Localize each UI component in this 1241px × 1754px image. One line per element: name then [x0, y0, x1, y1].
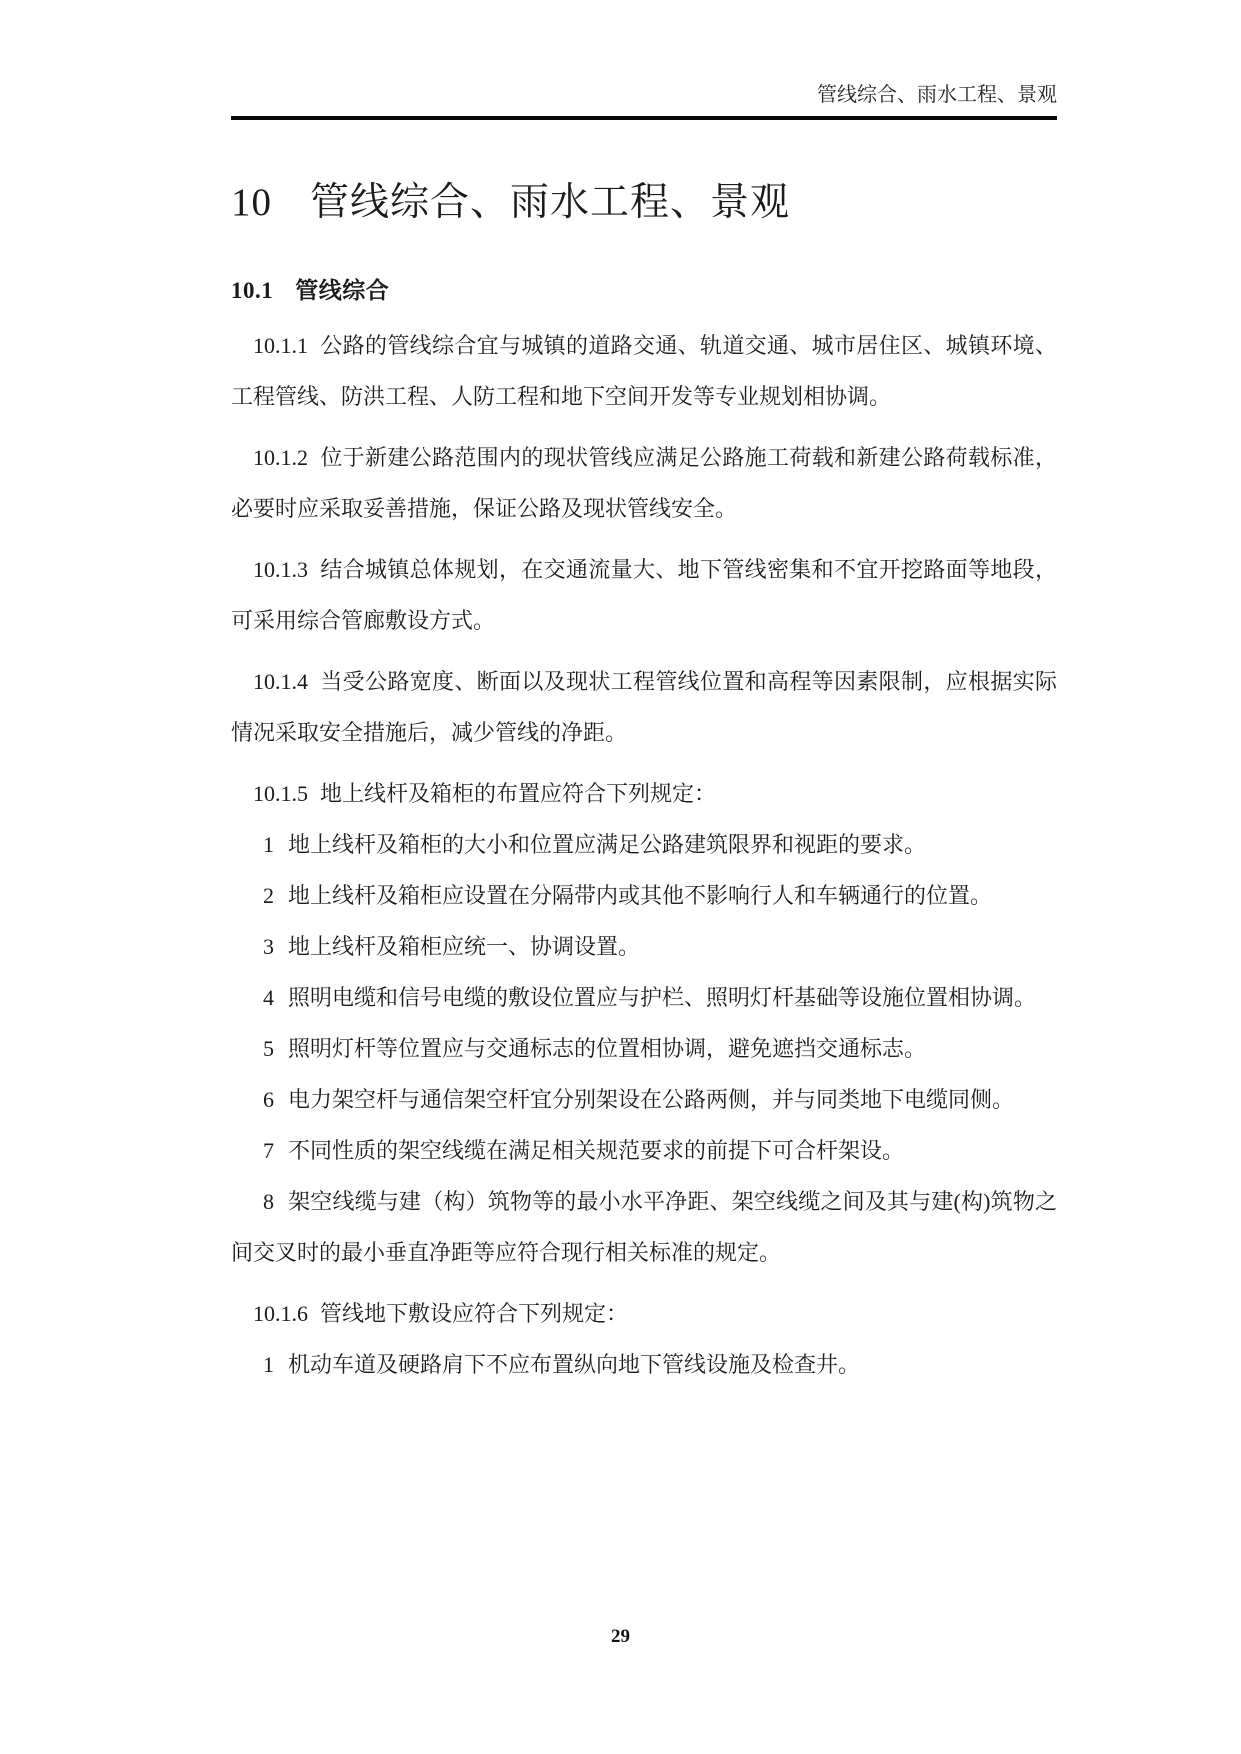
clause-10-1-5-item-1: 1地上线杆及箱柜的大小和位置应满足公路建筑限界和视距的要求。: [231, 819, 1057, 870]
item-text: 电力架空杆与通信架空杆宜分别架设在公路两侧，并与同类地下电缆同侧。: [288, 1087, 1014, 1112]
clause-text: 公路的管线综合宜与城镇的道路交通、轨道交通、城市居住区、城镇环境、工程管线、防洪…: [231, 333, 1057, 409]
clause-10-1-5-item-7: 7不同性质的架空线缆在满足相关规范要求的前提下可合杆架设。: [231, 1125, 1057, 1176]
item-number: 2: [263, 883, 274, 908]
page-number: 29: [611, 1626, 630, 1647]
item-text: 照明电缆和信号电缆的敷设位置应与护栏、照明灯杆基础等设施位置相协调。: [288, 985, 1036, 1010]
clause-number: 10.1.3: [253, 557, 308, 582]
clause-text: 管线地下敷设应符合下列规定：: [320, 1301, 628, 1326]
item-number: 3: [263, 934, 274, 959]
clause-text: 地上线杆及箱柜的布置应符合下列规定：: [320, 781, 716, 806]
item-number: 8: [263, 1189, 274, 1214]
chapter-number: 10: [231, 181, 272, 224]
section-number: 10.1: [231, 278, 273, 303]
page-footer: 29: [0, 1626, 1241, 1648]
clause-10-1-5: 10.1.5地上线杆及箱柜的布置应符合下列规定：: [231, 768, 1057, 819]
clause-10-1-4: 10.1.4当受公路宽度、断面以及现状工程管线位置和高程等因素限制，应根据实际情…: [231, 656, 1057, 758]
running-title: 管线综合、雨水工程、景观: [817, 84, 1057, 106]
clause-10-1-5-item-5: 5照明灯杆等位置应与交通标志的位置相协调，避免遮挡交通标志。: [231, 1023, 1057, 1074]
clause-10-1-5-item-8: 8架空线缆与建（构）筑物等的最小水平净距、架空线缆之间及其与建(构)筑物之间交叉…: [231, 1176, 1057, 1278]
clause-number: 10.1.4: [253, 669, 308, 694]
clause-10-1-5-item-6: 6电力架空杆与通信架空杆宜分别架设在公路两侧，并与同类地下电缆同侧。: [231, 1074, 1057, 1125]
item-number: 5: [263, 1036, 274, 1061]
clause-text: 结合城镇总体规划，在交通流量大、地下管线密集和不宜开挖路面等地段，可采用综合管廊…: [231, 557, 1057, 633]
chapter-title: 10管线综合、雨水工程、景观: [231, 180, 1057, 226]
item-text: 照明灯杆等位置应与交通标志的位置相协调，避免遮挡交通标志。: [288, 1036, 926, 1061]
clause-text: 当受公路宽度、断面以及现状工程管线位置和高程等因素限制，应根据实际情况采取安全措…: [231, 669, 1057, 745]
clause-10-1-5-item-4: 4照明电缆和信号电缆的敷设位置应与护栏、照明灯杆基础等设施位置相协调。: [231, 972, 1057, 1023]
clause-number: 10.1.6: [253, 1301, 308, 1326]
clause-10-1-2: 10.1.2位于新建公路范围内的现状管线应满足公路施工荷载和新建公路荷载标准，必…: [231, 432, 1057, 534]
item-number: 1: [263, 832, 274, 857]
clause-number: 10.1.1: [253, 333, 308, 358]
item-text: 不同性质的架空线缆在满足相关规范要求的前提下可合杆架设。: [288, 1138, 904, 1163]
clause-number: 10.1.5: [253, 781, 308, 806]
item-number: 7: [263, 1138, 274, 1163]
clause-number: 10.1.2: [253, 445, 308, 470]
clause-10-1-3: 10.1.3结合城镇总体规划，在交通流量大、地下管线密集和不宜开挖路面等地段，可…: [231, 544, 1057, 646]
clause-10-1-6-item-1: 1机动车道及硬路肩下不应布置纵向地下管线设施及检查井。: [231, 1339, 1057, 1390]
clause-10-1-6: 10.1.6管线地下敷设应符合下列规定：: [231, 1288, 1057, 1339]
clause-text: 位于新建公路范围内的现状管线应满足公路施工荷载和新建公路荷载标准，必要时应采取妥…: [231, 445, 1057, 521]
page-running-header: 管线综合、雨水工程、景观: [231, 0, 1057, 108]
item-text: 地上线杆及箱柜应统一、协调设置。: [288, 934, 640, 959]
item-text: 地上线杆及箱柜的大小和位置应满足公路建筑限界和视距的要求。: [288, 832, 926, 857]
section-heading: 10.1管线综合: [231, 278, 1057, 304]
clause-10-1-1: 10.1.1公路的管线综合宜与城镇的道路交通、轨道交通、城市居住区、城镇环境、工…: [231, 320, 1057, 422]
content-column: 管线综合、雨水工程、景观 10管线综合、雨水工程、景观 10.1管线综合 10.…: [231, 0, 1057, 1390]
document-page: 管线综合、雨水工程、景观 10管线综合、雨水工程、景观 10.1管线综合 10.…: [0, 0, 1241, 1754]
chapter-title-text: 管线综合、雨水工程、景观: [310, 181, 790, 224]
item-number: 6: [263, 1087, 274, 1112]
clause-10-1-5-item-3: 3地上线杆及箱柜应统一、协调设置。: [231, 921, 1057, 972]
item-number: 1: [263, 1352, 274, 1377]
item-text: 机动车道及硬路肩下不应布置纵向地下管线设施及检查井。: [288, 1352, 860, 1377]
section-title-text: 管线综合: [295, 278, 389, 303]
item-number: 4: [263, 985, 274, 1010]
clause-10-1-5-item-2: 2地上线杆及箱柜应设置在分隔带内或其他不影响行人和车辆通行的位置。: [231, 870, 1057, 921]
item-text: 地上线杆及箱柜应设置在分隔带内或其他不影响行人和车辆通行的位置。: [288, 883, 992, 908]
item-text: 架空线缆与建（构）筑物等的最小水平净距、架空线缆之间及其与建(构)筑物之间交叉时…: [231, 1189, 1057, 1265]
header-rule: [231, 116, 1057, 120]
